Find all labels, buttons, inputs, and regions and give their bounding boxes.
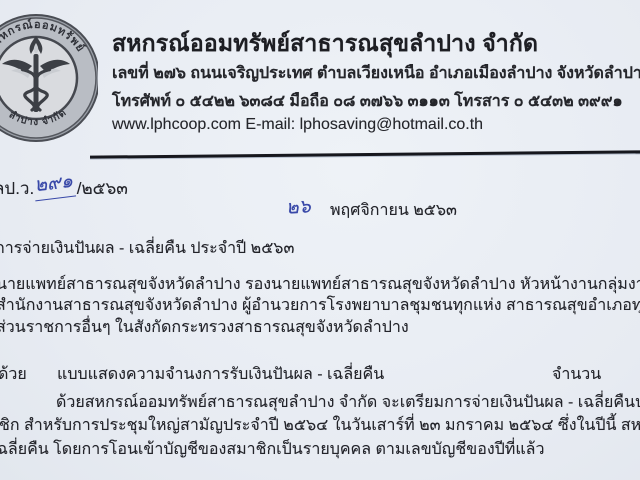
body-line-1: ด้วยสหกรณ์ออมทรัพย์สาธารณสุขลำปาง จำกัด … <box>56 390 640 415</box>
org-name-title: สหกรณ์ออมทรัพย์สาธารณสุขลำปาง จำกัด <box>112 26 538 62</box>
reference-number-line: ลป.ว.๒๙๑/๒๕๖๓ <box>0 173 128 204</box>
header-divider-rule <box>90 150 640 158</box>
attachment-label: ด้วย <box>0 362 27 387</box>
seal-icon: สหกรณ์ออมทรัพย์ ลำปาง จำกัด <box>0 10 98 148</box>
org-phone-line: โทรศัพท์ ๐ ๕๔๒๒ ๖๓๘๔ มือถือ ๐๘ ๓๗๖๖ ๓๑๑๓… <box>112 89 623 114</box>
reference-number-handwritten: ๒๙๑ <box>32 166 76 202</box>
date-month-year: พฤศจิกายน ๒๕๖๓ <box>330 198 457 223</box>
attachment-count-label: จำนวน <box>552 362 601 387</box>
cooperative-seal-logo: สหกรณ์ออมทรัพย์ ลำปาง จำกัด <box>0 10 98 148</box>
reference-prefix: ลป.ว. <box>0 179 34 198</box>
org-website-email-line: www.lphcoop.com E-mail: lphosaving@hotma… <box>112 116 483 134</box>
scanned-letter-page: สหกรณ์ออมทรัพย์ ลำปาง จำกัด <box>0 0 640 480</box>
subject-line: การจ่ายเงินปันผล - เฉลี่ยคืน ประจำปี ๒๕๖… <box>0 236 294 261</box>
body-line-2: ชิก สำหรับการประชุมใหญ่สามัญประจำปี ๒๕๖๔… <box>0 413 640 438</box>
org-address-line: เลขที่ ๒๗๖ ถนนเจริญประเทศ ตำบลเวียงเหนือ… <box>112 61 640 86</box>
date-day-handwritten: ๒๖ <box>285 191 312 223</box>
reference-year: /๒๕๖๓ <box>77 179 128 198</box>
attachment-description: แบบแสดงความจำนงการรับเงินปันผล - เฉลี่ยค… <box>57 362 384 387</box>
recipient-line-3: ส่วนราชการอื่นๆ ในสังกัดกระทรวงสาธารณสุข… <box>0 315 409 340</box>
body-line-3: ฉลี่ยคืน โดยการโอนเข้าบัญชีของสมาชิกเป็น… <box>0 437 544 462</box>
